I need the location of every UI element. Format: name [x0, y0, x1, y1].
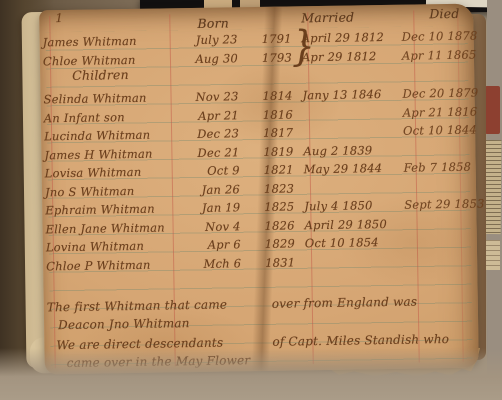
entry-born-date: July 23: [156, 32, 238, 47]
entry-died-date: Dec 10 1878: [402, 29, 478, 44]
entry-name: An Infant son: [44, 110, 125, 125]
entry-born-date: Oct 9: [158, 163, 240, 178]
entry-born-date: Nov 4: [158, 219, 240, 234]
entry-married-date: May 29 1844: [304, 161, 383, 176]
entry-died-date: Oct 10 1844: [403, 123, 477, 138]
entry-born-year: 1825: [264, 199, 294, 213]
entry-died-date: Sept 29 1853: [404, 196, 484, 211]
column-header-born: Born: [197, 15, 229, 30]
entry-born-date: Apr 21: [157, 108, 239, 123]
entry-name: Lovisa Whitman: [45, 165, 142, 181]
entry-born-date: Dec 21: [157, 145, 239, 160]
note-line: The first Whitman that came: [47, 298, 228, 315]
entry-born-date: Apr 6: [159, 237, 241, 252]
entry-name: Ephraim Whitman: [45, 202, 155, 218]
entry-married-date: July 4 1850: [304, 198, 373, 213]
entry-died-date: Dec 20 1879: [402, 86, 478, 101]
entry-born-year: 1823: [264, 181, 294, 195]
entry-born-date: Jan 19: [158, 200, 240, 215]
entry-born-year: 1793: [262, 50, 292, 64]
entry-name: Lovina Whitman: [46, 239, 144, 255]
page-number: 1: [55, 11, 63, 25]
entry-born-year: 1829: [265, 236, 295, 250]
entry-died-date: Apr 11 1865: [402, 48, 477, 63]
entry-name: James H Whitman: [44, 146, 152, 162]
entry-name: Chloe P Whitman: [46, 257, 151, 273]
entry-born-year: 1826: [264, 218, 294, 232]
entry-name: Lucinda Whitman: [44, 128, 150, 144]
entry-married-date: Aug 2 1839: [303, 143, 372, 158]
scanned-notebook-photo: 1 Born Married Died } James Whitman July…: [0, 0, 502, 400]
book-cover-edge: [485, 86, 500, 134]
entry-died-date: Apr 21 1816: [403, 104, 478, 119]
entry-married-date: Apr 29 1812: [302, 49, 377, 64]
entry-name: Chloe Whitman: [43, 53, 136, 68]
entry-born-year: 1817: [263, 125, 293, 139]
entry-died-date: Feb 7 1858: [404, 160, 472, 175]
entry-married-date: Oct 10 1854: [305, 235, 379, 250]
entry-born-year: 1816: [263, 107, 293, 121]
entry-born-date: Mch 6: [159, 256, 241, 271]
newsprint-clipping-edge: [486, 240, 500, 270]
entry-born-date: Dec 23: [157, 126, 239, 141]
entry-born-year: 1791: [262, 31, 292, 45]
entry-born-date: Aug 30: [156, 51, 238, 66]
entry-born-date: Nov 23: [156, 89, 238, 104]
entry-name: Jno S Whitman: [45, 183, 135, 198]
column-header-died: Died: [429, 6, 459, 21]
entry-born-year: 1814: [262, 88, 292, 102]
entry-born-date: Jan 26: [158, 182, 240, 197]
entry-married-date: Jany 13 1846: [302, 87, 381, 102]
entry-name: Ellen Jane Whitman: [45, 220, 164, 236]
entry-born-year: 1819: [263, 144, 293, 158]
children-section-label: Children: [72, 67, 129, 83]
entry-married-date: April 29 1850: [304, 216, 387, 231]
entry-married-date: April 29 1812: [302, 30, 385, 45]
note-line: of Capt. Miles Standish who: [272, 332, 449, 349]
entry-born-year: 1831: [265, 255, 295, 269]
entry-born-year: 1821: [264, 162, 294, 176]
entry-name: Selinda Whitman: [43, 91, 146, 107]
notebook-page: 1 Born Married Died } James Whitman July…: [39, 4, 479, 375]
entry-name: James Whitman: [43, 34, 137, 49]
background-shadow-bottom: [0, 348, 502, 400]
note-line: Deacon Jno Whitman: [58, 316, 190, 332]
note-line: over from England was: [272, 295, 418, 311]
